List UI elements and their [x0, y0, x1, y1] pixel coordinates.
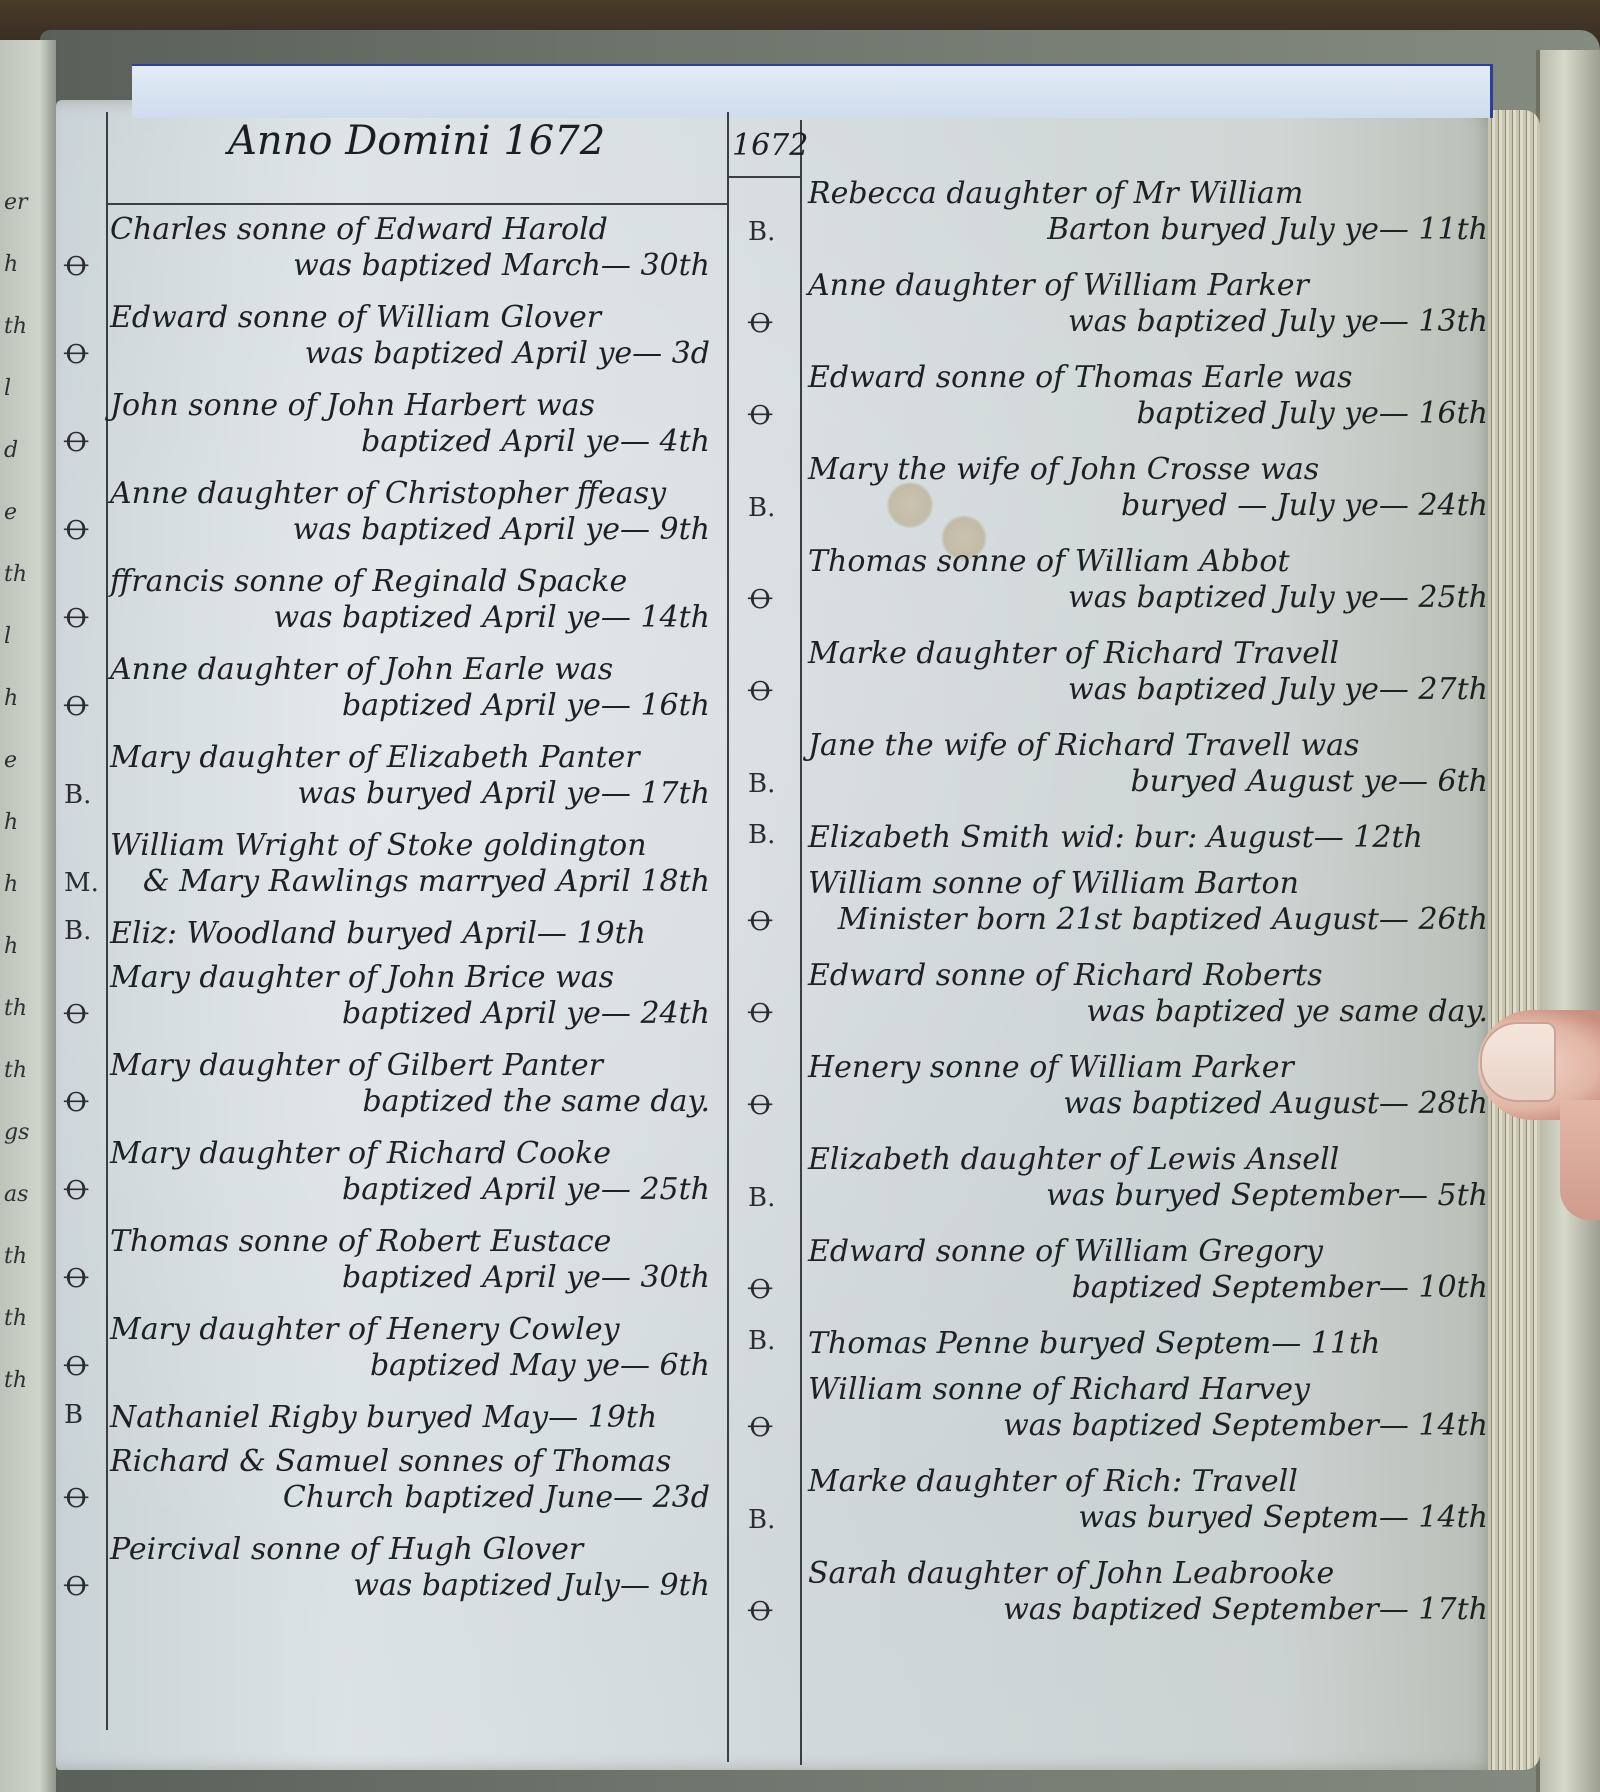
opposite-page-text-fragment: gs	[4, 1120, 29, 1145]
register-entry: Anne daughter of William Parkerwas bapti…	[808, 268, 1498, 360]
center-rule-right	[800, 120, 802, 1765]
left-margin-rule	[106, 112, 108, 1730]
burial-marker-icon: B.	[748, 1505, 775, 1535]
entry-line-1: ffrancis sonne of Reginald Spacke	[110, 564, 720, 600]
entry-line-2: was buryed September— 5th	[808, 1178, 1498, 1214]
entry-line-1: Anne daughter of Christopher ffeasy	[110, 476, 720, 512]
entry-line-2: was baptized July— 9th	[110, 1568, 720, 1604]
entry-line-1: Rebecca daughter of Mr William	[808, 176, 1498, 212]
entry-line-2: buryed — July ye— 24th	[808, 488, 1498, 524]
burial-marker-icon: B.	[748, 217, 775, 247]
register-entry: Mary daughter of Richard Cookebaptized A…	[110, 1136, 720, 1224]
register-entry: Rebecca daughter of Mr WilliamBarton bur…	[808, 176, 1498, 268]
register-entry: Edward sonne of William Gregorybaptized …	[808, 1234, 1498, 1326]
finger	[1560, 1100, 1600, 1220]
entry-line-1: Mary daughter of Gilbert Panter	[110, 1048, 720, 1084]
opposite-page-text-fragment: h	[4, 810, 18, 835]
entry-line-2: Minister born 21st baptized August— 26th	[808, 902, 1498, 938]
opposite-page-text-fragment: th	[4, 1244, 27, 1269]
baptism-marker-icon: Ꝋ	[64, 428, 88, 458]
register-entry: Henery sonne of William Parkerwas baptiz…	[808, 1050, 1498, 1142]
entry-line-2: was baptized ye same day.	[808, 994, 1498, 1030]
burial-marker-icon: B.	[748, 493, 775, 523]
entry-line-1: Thomas sonne of William Abbot	[808, 544, 1498, 580]
entry-line-1: Edward sonne of William Gregory	[808, 1234, 1498, 1270]
burial-marker-icon: B.	[748, 1183, 775, 1213]
register-entry: Jane the wife of Richard Travell wasbury…	[808, 728, 1498, 820]
baptism-marker-icon: Ꝋ	[748, 401, 772, 431]
register-entry: Elizabeth daughter of Lewis Ansellwas bu…	[808, 1142, 1498, 1234]
register-entry: Peircival sonne of Hugh Gloverwas baptiz…	[110, 1532, 720, 1620]
baptism-marker-icon: Ꝋ	[748, 585, 772, 615]
entry-line-2: baptized April ye— 4th	[110, 424, 720, 460]
entry-line-1: William sonne of William Barton	[808, 866, 1498, 902]
baptism-marker-icon: Ꝋ	[748, 999, 772, 1029]
entry-line-2: was baptized August— 28th	[808, 1086, 1498, 1122]
register-entry: Nathaniel Rigby buryed May— 19th	[110, 1400, 720, 1444]
entry-line-1: Elizabeth daughter of Lewis Ansell	[808, 1142, 1498, 1178]
center-rule-left	[727, 112, 729, 1762]
entry-line-1: Thomas sonne of Robert Eustace	[110, 1224, 720, 1260]
entry-line-2: was baptized April ye— 14th	[110, 600, 720, 636]
register-entry: Thomas sonne of Robert Eustacebaptized A…	[110, 1224, 720, 1312]
register-entry: Charles sonne of Edward Haroldwas baptiz…	[110, 212, 720, 300]
entry-line-1: William Wright of Stoke goldington	[110, 828, 720, 864]
baptism-marker-icon: Ꝋ	[64, 692, 88, 722]
opposite-page-text-fragment: th	[4, 1306, 27, 1331]
left-page-heading: Anno Domini 1672	[228, 118, 605, 164]
opposite-page-text-fragment: h	[4, 872, 18, 897]
opposite-page-edge: erhthldethlhehhhththgsasththth	[0, 40, 59, 1792]
register-entry: Mary daughter of Gilbert Panterbaptized …	[110, 1048, 720, 1136]
entry-line-1: Marke daughter of Richard Travell	[808, 636, 1498, 672]
entry-line-1: Edward sonne of Richard Roberts	[808, 958, 1498, 994]
entry-line-2: baptized September— 10th	[808, 1270, 1498, 1306]
entry-line-2: was baptized April ye— 3d	[110, 336, 720, 372]
register-entry: Edward sonne of William Gloverwas baptiz…	[110, 300, 720, 388]
entry-line-1: Mary the wife of John Crosse was	[808, 452, 1498, 488]
register-entry: Mary daughter of Elizabeth Panterwas bur…	[110, 740, 720, 828]
opposite-page-text-fragment: th	[4, 562, 27, 587]
entry-line-2: Church baptized June— 23d	[110, 1480, 720, 1516]
baptism-marker-icon: Ꝋ	[64, 1572, 88, 1602]
entry-line-1: Jane the wife of Richard Travell was	[808, 728, 1498, 764]
register-entry: Anne daughter of Christopher ffeasywas b…	[110, 476, 720, 564]
entry-line-1: Thomas Penne buryed Septem— 11th	[808, 1326, 1498, 1362]
baptism-marker-icon: Ꝋ	[748, 677, 772, 707]
entry-line-2: was baptized July ye— 27th	[808, 672, 1498, 708]
register-entry: John sonne of John Harbert wasbaptized A…	[110, 388, 720, 476]
baptism-marker-icon: Ꝋ	[64, 1088, 88, 1118]
entry-line-2: baptized April ye— 30th	[110, 1260, 720, 1296]
register-entry: Mary daughter of John Brice wasbaptized …	[110, 960, 720, 1048]
entry-line-1: Edward sonne of Thomas Earle was	[808, 360, 1498, 396]
register-entry: Richard & Samuel sonnes of ThomasChurch …	[110, 1444, 720, 1532]
register-entry: William sonne of William BartonMinister …	[808, 866, 1498, 958]
opposite-page-text-fragment: h	[4, 252, 18, 277]
register-entry: Thomas sonne of William Abbotwas baptize…	[808, 544, 1498, 636]
baptism-marker-icon: Ꝋ	[748, 309, 772, 339]
opposite-page-text-fragment: as	[4, 1182, 28, 1207]
entry-line-2: was baptized July ye— 25th	[808, 580, 1498, 616]
entry-line-2: & Mary Rawlings marryed April 18th	[110, 864, 720, 900]
entry-line-1: Edward sonne of William Glover	[110, 300, 720, 336]
entry-line-1: Sarah daughter of John Leabrooke	[808, 1556, 1498, 1592]
entry-line-2: was baptized July ye— 13th	[808, 304, 1498, 340]
register-entry: Marke daughter of Richard Travellwas bap…	[808, 636, 1498, 728]
entry-line-2: was buryed Septem— 14th	[808, 1500, 1498, 1536]
entry-line-1: Mary daughter of Richard Cooke	[110, 1136, 720, 1172]
register-entry: Sarah daughter of John Leabrookewas bapt…	[808, 1556, 1498, 1648]
register-entry: William sonne of Richard Harveywas bapti…	[808, 1372, 1498, 1464]
burial-marker-icon: B.	[748, 769, 775, 799]
entry-line-2: was baptized September— 17th	[808, 1592, 1498, 1628]
baptism-marker-icon: Ꝋ	[748, 1413, 772, 1443]
baptism-marker-icon: Ꝋ	[748, 1597, 772, 1627]
entry-line-1: Peircival sonne of Hugh Glover	[110, 1532, 720, 1568]
thumbnail-nail	[1480, 1022, 1556, 1102]
opposite-page-text-fragment: h	[4, 934, 18, 959]
entry-line-1: William sonne of Richard Harvey	[808, 1372, 1498, 1408]
entry-line-2: was baptized September— 14th	[808, 1408, 1498, 1444]
opposite-page-text-fragment: l	[4, 376, 11, 401]
burial-marker-icon: B.	[748, 1326, 775, 1356]
entry-line-2: baptized April ye— 24th	[110, 996, 720, 1032]
book-cover-edge	[1536, 50, 1600, 1792]
entry-line-1: John sonne of John Harbert was	[110, 388, 720, 424]
register-entry: Mary daughter of Henery Cowleybaptized M…	[110, 1312, 720, 1400]
entry-line-2: was baptized March— 30th	[110, 248, 720, 284]
entry-line-1: Henery sonne of William Parker	[808, 1050, 1498, 1086]
entry-line-2: was baptized April ye— 9th	[110, 512, 720, 548]
baptism-marker-icon: Ꝋ	[748, 1275, 772, 1305]
baptism-marker-icon: Ꝋ	[64, 340, 88, 370]
burial-marker-icon: B.	[748, 820, 775, 850]
entry-line-1: Mary daughter of Elizabeth Panter	[110, 740, 720, 776]
entry-line-1: Nathaniel Rigby buryed May— 19th	[110, 1400, 720, 1436]
entry-line-1: Charles sonne of Edward Harold	[110, 212, 720, 248]
register-entry: Edward sonne of Richard Robertswas bapti…	[808, 958, 1498, 1050]
opposite-page-text-fragment: er	[4, 190, 28, 215]
right-page-year: 1672	[732, 128, 808, 163]
register-entry: Elizabeth Smith wid: bur: August— 12th	[808, 820, 1498, 866]
entry-line-2: Barton buryed July ye— 11th	[808, 212, 1498, 248]
right-heading-rule	[728, 176, 800, 178]
entry-line-2: was buryed April ye— 17th	[110, 776, 720, 812]
opposite-page-text-fragment: th	[4, 1058, 27, 1083]
baptism-marker-icon: Ꝋ	[64, 516, 88, 546]
opposite-page-text-fragment: th	[4, 1368, 27, 1393]
baptism-marker-icon: Ꝋ	[64, 1000, 88, 1030]
right-entries: Rebecca daughter of Mr WilliamBarton bur…	[808, 176, 1498, 1648]
opposite-page-text-fragment: th	[4, 314, 27, 339]
register-entry: Eliz: Woodland buryed April— 19th	[110, 916, 720, 960]
burial-marker-icon: B.	[64, 780, 91, 810]
entry-line-1: Mary daughter of Henery Cowley	[110, 1312, 720, 1348]
opposite-page-text-fragment: th	[4, 996, 27, 1021]
entry-line-2: baptized April ye— 25th	[110, 1172, 720, 1208]
baptism-marker-icon: Ꝋ	[64, 604, 88, 634]
register-entry: Mary the wife of John Crosse wasburyed —…	[808, 452, 1498, 544]
entry-line-1: Richard & Samuel sonnes of Thomas	[110, 1444, 720, 1480]
entry-line-1: Anne daughter of William Parker	[808, 268, 1498, 304]
left-entries: Charles sonne of Edward Haroldwas baptiz…	[110, 212, 720, 1620]
baptism-marker-icon: Ꝋ	[64, 252, 88, 282]
baptism-marker-icon: Ꝋ	[64, 1176, 88, 1206]
opposite-page-text-fragment: e	[4, 500, 17, 525]
marriage-marker-icon: M.	[64, 868, 99, 898]
opposite-page-text-fragment: d	[4, 438, 18, 463]
opposite-page-text-fragment: h	[4, 686, 18, 711]
left-heading-rule	[106, 203, 728, 205]
entry-line-2: buryed August ye— 6th	[808, 764, 1498, 800]
entry-line-1: Elizabeth Smith wid: bur: August— 12th	[808, 820, 1498, 856]
register-entry: Thomas Penne buryed Septem— 11th	[808, 1326, 1498, 1372]
baptism-marker-icon: Ꝋ	[64, 1352, 88, 1382]
baptism-marker-icon: Ꝋ	[748, 907, 772, 937]
register-entry: ffrancis sonne of Reginald Spackewas bap…	[110, 564, 720, 652]
entry-line-1: Anne daughter of John Earle was	[110, 652, 720, 688]
baptism-marker-icon: Ꝋ	[64, 1264, 88, 1294]
entry-line-1: Mary daughter of John Brice was	[110, 960, 720, 996]
entry-line-1: Marke daughter of Rich: Travell	[808, 1464, 1498, 1500]
register-entry: Edward sonne of Thomas Earle wasbaptized…	[808, 360, 1498, 452]
entry-line-2: baptized the same day.	[110, 1084, 720, 1120]
baptism-marker-icon: Ꝋ	[64, 1484, 88, 1514]
entry-line-1: Eliz: Woodland buryed April— 19th	[110, 916, 720, 952]
opposite-page-text-fragment: l	[4, 624, 11, 649]
baptism-marker-icon: Ꝋ	[748, 1091, 772, 1121]
entry-line-2: baptized May ye— 6th	[110, 1348, 720, 1384]
register-entry: Marke daughter of Rich: Travellwas burye…	[808, 1464, 1498, 1556]
register-entry: William Wright of Stoke goldington& Mary…	[110, 828, 720, 916]
register-entry: Anne daughter of John Earle wasbaptized …	[110, 652, 720, 740]
opposite-page-text-fragment: e	[4, 748, 17, 773]
entry-line-2: baptized July ye— 16th	[808, 396, 1498, 432]
entry-line-2: baptized April ye— 16th	[110, 688, 720, 724]
paper-slip	[132, 64, 1493, 118]
burial-marker-icon: B	[64, 1400, 83, 1430]
burial-marker-icon: B.	[64, 916, 91, 946]
